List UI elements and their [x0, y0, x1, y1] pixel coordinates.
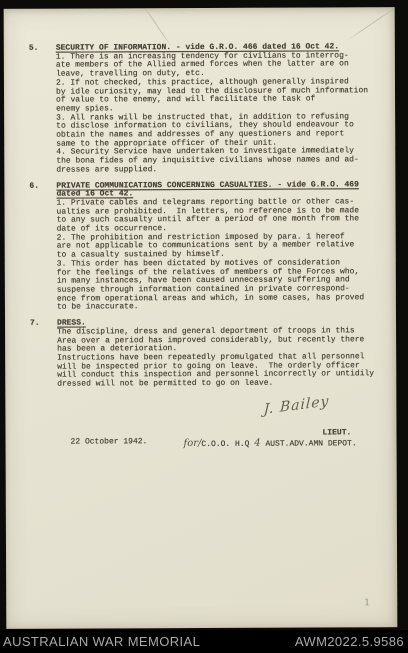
handwritten-for-prefix: for/ [184, 438, 202, 449]
handwritten-unit-number: 4 [254, 438, 260, 449]
paper-crease-top-right [347, 6, 397, 41]
scan-background: 5. SECURITY OF INFORMATION. - vide G.R.O… [0, 0, 408, 653]
typed-title: C.O.O. H.Q [201, 440, 249, 449]
archive-footer-bar: AUSTRALIAN WAR MEMORIAL AWM2022.5.9586 [0, 630, 408, 653]
section-private-communications: 6. PRIVATE COMMUNICATIONS CONCERNING CAS… [29, 181, 382, 313]
section-security-of-information: 5. SECURITY OF INFORMATION. - vide G.R.O… [29, 43, 382, 175]
paper-crease-top-left [143, 5, 173, 49]
archive-item-id: AWM2022.5.9586 [295, 634, 404, 649]
section-body-text: 1. There is an increasing tendency for c… [56, 52, 379, 175]
section-number: 6. [29, 182, 57, 313]
section-body-text: 1. Private cables and telegrams reportin… [56, 198, 378, 313]
signature-handwriting: J. Bailey [263, 393, 329, 418]
signature-block: 22 October 1942. J. Bailey LIEUT. for/C.… [5, 399, 396, 471]
section-dress: 7. DRESS. The discipline, dress and gene… [30, 318, 382, 389]
archive-name-label: AUSTRALIAN WAR MEMORIAL [3, 634, 200, 649]
section-heading: PRIVATE COMMUNICATIONS CONCERNING CASUAL… [56, 180, 358, 199]
document-page: 5. SECURITY OF INFORMATION. - vide G.R.O… [4, 7, 398, 629]
signer-appointment-line: for/C.O.O. H.Q 4 AUST.ADV.AMN DEPOT. [184, 437, 357, 449]
section-number: 5. [29, 45, 57, 176]
section-number: 7. [30, 320, 57, 390]
pencil-annotation: 1 [364, 598, 370, 608]
section-body-text: The discipline, dress and general deport… [57, 327, 379, 389]
document-date: 22 October 1942. [71, 437, 148, 446]
document-content: 5. SECURITY OF INFORMATION. - vide G.R.O… [29, 43, 383, 396]
section-heading: DRESS. [57, 319, 86, 328]
signer-rank: LIEUT. [322, 428, 351, 437]
typed-unit: AUST.ADV.AMN DEPOT. [265, 439, 356, 448]
